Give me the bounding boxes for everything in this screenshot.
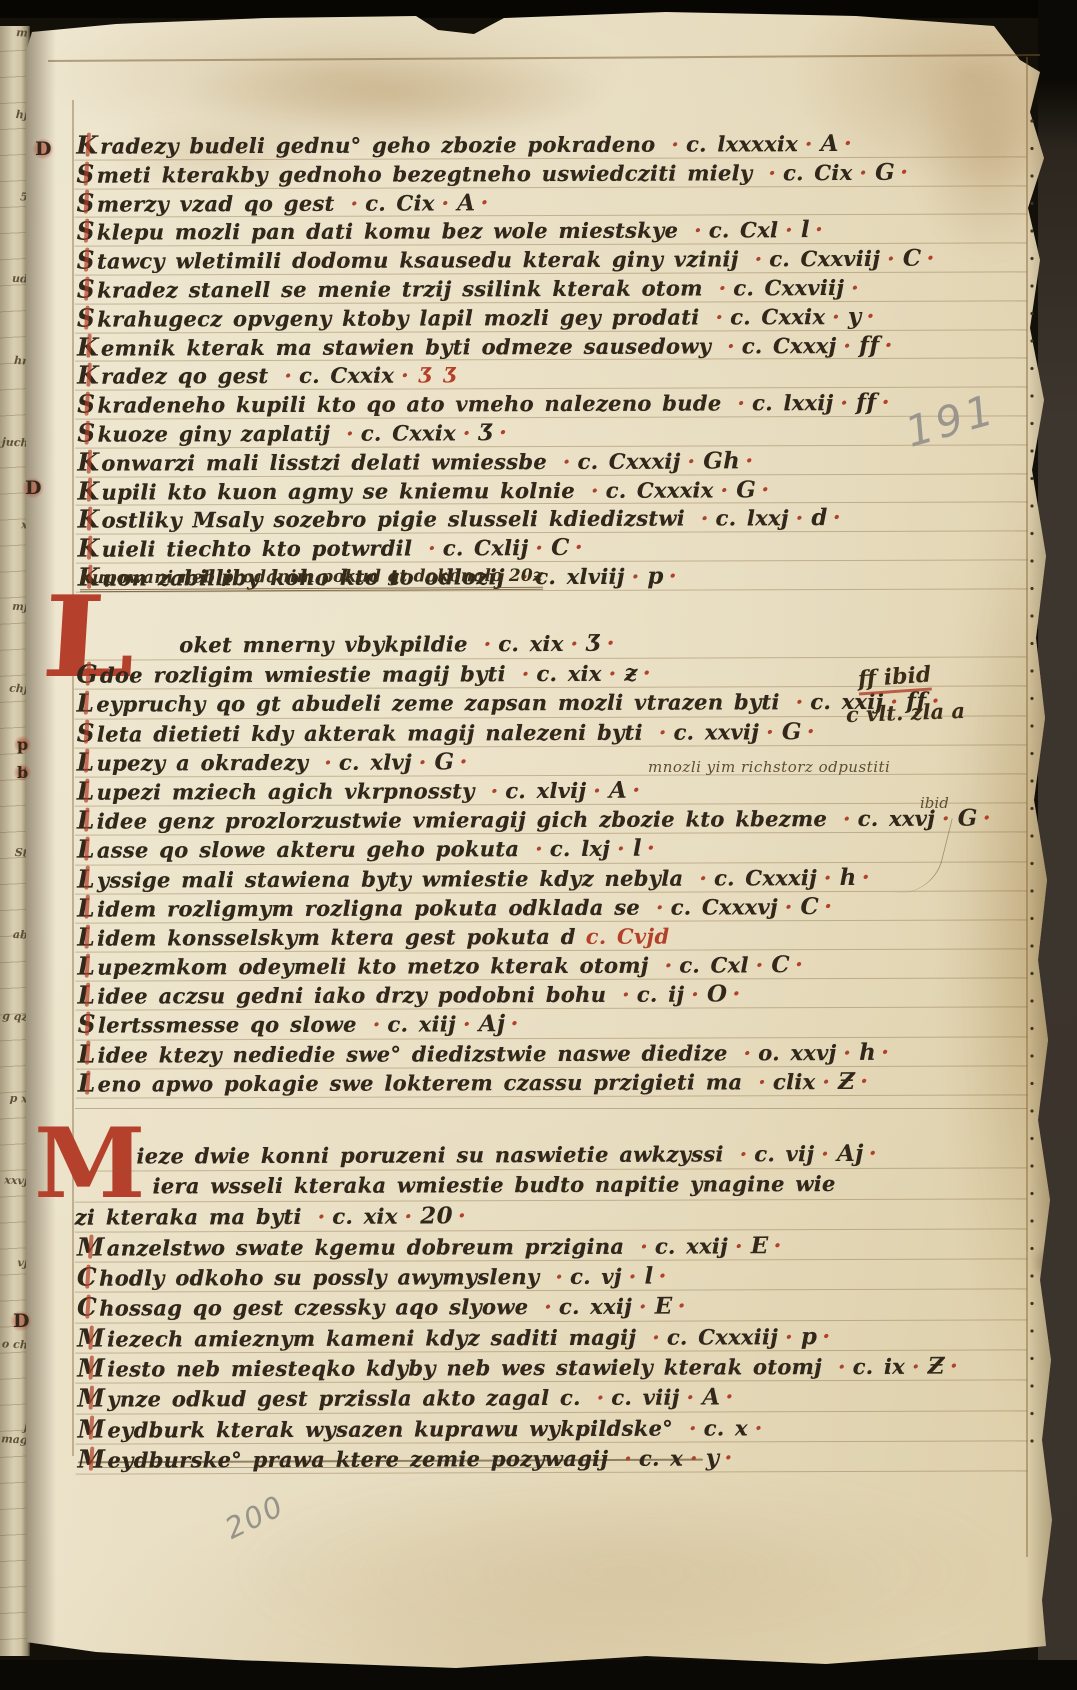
- chapter-reference: c. Cxxxvj: [656, 894, 793, 919]
- margin-note-vlt: c vlt. zla a: [846, 698, 966, 727]
- rubricated-initial: K: [76, 505, 102, 534]
- index-entry-line: Lupezmkom odeymeli kto metzo kterak otom…: [75, 949, 1027, 982]
- entry-text: oket mnerny vbykpildie: [179, 631, 468, 657]
- chapter-reference: c. lxxxxix: [671, 131, 812, 156]
- rubricated-initial: S: [75, 275, 97, 304]
- reference-letter: O: [707, 981, 741, 1008]
- index-section-l: oket mnerny vbykpildiec. xixƷ Gdoe rozli…: [74, 628, 1028, 1098]
- index-entry-line: Kradez qo gestc. CxxixƷ Ʒ: [75, 359, 1027, 391]
- index-entry-line: Stawcy wletimili dodomu ksausedu kterak …: [75, 244, 1027, 276]
- rubricated-initial: C: [75, 1293, 99, 1322]
- rubricated-initial: L: [75, 777, 97, 806]
- entry-text: ostliky Msaly sozebro pigie slusseli kdi…: [102, 506, 685, 533]
- manuscript-photo: mhj5udhrjuchxmjchjfStabg qzp xxxvjvjo ch…: [0, 0, 1077, 1690]
- chapter-reference: c. vj: [555, 1264, 636, 1289]
- index-entry-line: Leno apwo pokagie swe lokterem czassu pr…: [76, 1066, 1028, 1099]
- gutter-text-fragment: j mag: [0, 1419, 30, 1502]
- rubricated-initial: S: [76, 1010, 98, 1039]
- index-entry-line: Chodly odkoho su possly awymyslenyc. vjl: [75, 1260, 1027, 1294]
- entry-text: iera wsseli kteraka wmiestie budto napit…: [153, 1171, 836, 1198]
- reference-letter: C: [800, 893, 832, 920]
- index-entry-line: Lupezi mziech agich vkrpnosstyc. xlvijA: [75, 774, 1027, 807]
- rubricated-initial: L: [75, 747, 97, 776]
- reference-letter: 20: [420, 1202, 466, 1229]
- entry-text: meti kterakby gednoho bezegtneho uswiedc…: [97, 160, 753, 187]
- reference-letter: y: [848, 303, 875, 330]
- entry-text: doe rozligim wmiestie magij byti: [100, 661, 506, 687]
- rubricated-initial: L: [76, 1068, 98, 1097]
- rubricated-initial: L: [75, 835, 97, 864]
- chapter-reference: c. lxxij: [737, 390, 848, 415]
- rubricated-initial: L: [75, 864, 97, 893]
- rubricated-initial: L: [75, 893, 97, 922]
- rubricated-initial: K: [75, 447, 101, 476]
- index-entry-line: Meydburske° prawa ktere zemie pozywagijc…: [75, 1441, 1027, 1475]
- index-entry-line: Lidee aczsu gedni iako drzy podobni bohu…: [75, 979, 1027, 1012]
- reference-letter: y: [706, 1444, 733, 1471]
- entry-text: zi kteraka ma byti: [75, 1203, 302, 1229]
- index-entry-line: Miezech amieznym kameni kdyz saditi magi…: [75, 1320, 1027, 1354]
- reference-letter: E: [751, 1232, 782, 1259]
- rubricated-initial: L: [74, 689, 96, 718]
- index-entry-line: Mynze odkud gest przissla akto zagal c.c…: [75, 1381, 1027, 1415]
- chapter-reference: c. Cxxxiij: [652, 1324, 793, 1349]
- gutter-text-fragment: xxvj: [0, 1173, 30, 1256]
- rubricated-initial: M: [75, 1323, 107, 1352]
- chapter-reference: c. vij: [740, 1141, 829, 1166]
- entry-text: idem rozligmym rozligna pokuta odklada s…: [97, 894, 640, 921]
- reference-letter: Gh: [703, 447, 753, 474]
- index-entry-line: Manzelstwo swate kgemu dobreum prziginac…: [75, 1229, 1027, 1263]
- chapter-reference: c. xlvj: [324, 749, 426, 774]
- chapter-reference: c. Cxxix: [284, 363, 408, 388]
- gutter-text-fragment: hr: [0, 353, 30, 436]
- reference-letter: G: [782, 718, 815, 745]
- rubricated-initial: S: [74, 188, 96, 217]
- chapter-reference: c. xxij: [544, 1294, 646, 1319]
- chapter-reference: c. lxj: [535, 836, 625, 861]
- entry-text: ieze dwie konni poruzeni su naswietie aw…: [136, 1141, 723, 1168]
- reference-letter: Ʒ: [586, 630, 615, 657]
- reference-letter: G: [958, 805, 991, 832]
- entry-text: yssige mali stawiena byty wmiestie kdyz …: [97, 865, 684, 892]
- reference-letter: Ƶ: [928, 1353, 959, 1380]
- reference-letter: C: [551, 534, 583, 561]
- gutter-text-fragment: p x: [0, 1091, 30, 1174]
- chapter-reference: c. Cix: [351, 190, 450, 215]
- index-entry-line: Lasse qo slowe akteru geho pokutac. lxjl: [75, 833, 1027, 866]
- entry-text: upezmkom odeymeli kto metzo kterak otomj: [97, 953, 649, 980]
- index-entry-line: Skradeneho kupili kto qo ato vmeho nalez…: [75, 388, 1027, 420]
- margin-note-ibid: ibid: [920, 794, 949, 812]
- entry-text: eno apwo pokagie swe lokterem czassu prz…: [98, 1069, 743, 1096]
- index-entry-line: Skuoze giny zaplatijc. CxxixƷ: [75, 416, 1027, 448]
- red-reference-mark: c. Cvjd: [586, 923, 670, 948]
- reference-letter: p: [647, 563, 677, 590]
- chapter-reference: c. x: [689, 1415, 762, 1440]
- entry-text: idee genz prozlorzustwie vmieragij gich …: [97, 806, 827, 834]
- entry-text: tawcy wletimili dodomu ksausedu kterak g…: [97, 247, 739, 274]
- interline-note: kupowani neb prodanim pokud gt dokonalo …: [80, 566, 543, 592]
- chapter-reference: c. viij: [597, 1385, 695, 1410]
- entry-text: hodly odkoho su possly awymysleny: [99, 1264, 539, 1291]
- gutter-text-fragment: o ch: [0, 1337, 30, 1420]
- rubricated-initial: S: [75, 303, 97, 332]
- left-margin-ruling-line: [72, 100, 74, 1456]
- rubricated-initial: S: [75, 246, 97, 275]
- gutter-previous-page-edge: mhj5udhrjuchxmjchjfStabg qzp xxxvjvjo ch…: [0, 26, 30, 1656]
- reference-letter: ƶ: [624, 660, 651, 687]
- gutter-text-fragment: St: [0, 845, 30, 928]
- entry-text: uieli tiechto kto potwrdil: [102, 536, 413, 562]
- index-entry-line: Lidee ktezy nediedie swe° diedizstwie na…: [76, 1037, 1028, 1070]
- entry-text: asse qo slowe akteru geho pokuta: [97, 836, 519, 862]
- section-gap-ruling-line: [75, 1108, 1027, 1109]
- entry-text: upezi mziech agich vkrpnossty: [97, 778, 475, 804]
- rubricated-initial: K: [75, 476, 101, 505]
- rubricated-initial: M: [75, 1445, 107, 1474]
- chapter-reference: c. Cxxviij: [755, 246, 895, 271]
- reference-letter: A: [457, 189, 489, 216]
- chapter-reference: clix: [758, 1069, 830, 1094]
- chapter-reference: c. xxvij: [659, 719, 774, 744]
- pricking-holes: [1030, 118, 1035, 1458]
- index-entry-line: Kostliky Msaly sozebro pigie slusseli kd…: [76, 503, 1028, 535]
- entry-text: eydburske° prawa ktere zemie pozywagij: [107, 1446, 608, 1473]
- gutter-text-fragment: m: [0, 26, 30, 109]
- index-entry-line: Kupili kto kuon agmy se kniemu kolniec. …: [75, 474, 1027, 506]
- photo-background-bottom: [0, 1660, 1077, 1690]
- index-entry-line: Lidem rozligmym rozligna pokuta odklada …: [75, 891, 1027, 924]
- entry-text: kradez stanell se menie trzij ssilink kt…: [97, 275, 703, 302]
- rubricated-initial: L: [75, 981, 97, 1010]
- rubricated-initial: L: [75, 806, 97, 835]
- entry-text: lertssmesse qo slowe: [98, 1012, 357, 1038]
- index-entry-line: Meydburk kterak wysazen kuprawu wykpilds…: [75, 1411, 1027, 1445]
- gutter-text-fragment: ud: [0, 271, 30, 354]
- reference-letter: ff: [856, 389, 890, 416]
- reference-letter: l: [633, 835, 655, 862]
- reference-letter: G: [875, 159, 908, 186]
- rubricated-initial: K: [76, 534, 102, 563]
- gutter-text-fragment: mj: [0, 599, 30, 682]
- chapter-reference: c. Cxxix: [346, 420, 470, 445]
- index-entry-line: Lidee genz prozlorzustwie vmieragij gich…: [75, 803, 1027, 836]
- index-entry-line: Slertssmesse qo slowec. xiijAj: [76, 1008, 1028, 1041]
- rubricated-initial: M: [75, 1354, 107, 1383]
- index-entry-line: Sklepu mozli pan dati komu bez wole mies…: [75, 215, 1027, 247]
- chapter-reference: c. Cxxxj: [727, 333, 851, 358]
- entry-text: upezy a okradezy: [96, 750, 308, 776]
- entry-text: leta dietieti kdy akterak magij nalezeni…: [97, 719, 643, 746]
- rubricated-initial: S: [74, 217, 96, 246]
- index-entry-line: Smeti kterakby gednoho bezegtneho uswied…: [74, 157, 1026, 189]
- entry-text: krahugecz opvgeny ktoby lapil mozli gey …: [97, 304, 699, 331]
- chapter-reference: c. xiij: [373, 1012, 471, 1037]
- rubricated-initial: M: [75, 1384, 107, 1413]
- entry-text: eydburk kterak wysazen kuprawu wykpildsk…: [107, 1415, 673, 1442]
- parchment-stain: [176, 48, 606, 138]
- index-entry-line: zi kteraka ma bytic. xix20: [75, 1199, 1027, 1233]
- reference-letter: A: [609, 777, 641, 804]
- chapter-reference: c. Cxl: [665, 952, 764, 977]
- rubricated-initial: L: [76, 1039, 98, 1068]
- entry-text: iezech amieznym kameni kdyz saditi magij: [107, 1324, 636, 1351]
- chapter-reference: c. xxij: [640, 1233, 742, 1258]
- chapter-reference: c. xix: [318, 1203, 413, 1228]
- rubricated-initial: M: [75, 1414, 107, 1443]
- margin-note-ibid-struck: ff ibid: [857, 661, 932, 695]
- gutter-text-fragment: ab: [0, 927, 30, 1010]
- red-reference-mark: Ʒ Ʒ: [419, 363, 458, 388]
- rubricated-initial: L: [75, 952, 97, 981]
- chapter-reference: c. xix: [522, 661, 617, 686]
- rubricated-initial: S: [75, 390, 97, 419]
- entry-text: kradeneho kupili kto qo ato vmeho naleze…: [97, 391, 721, 418]
- reference-letter: Aj: [479, 1011, 519, 1038]
- reference-letter: G: [736, 476, 769, 503]
- reference-letter: h: [840, 863, 870, 890]
- entry-text: onwarzi mali lisstzi delati wmiessbe: [101, 449, 547, 476]
- reference-letter: Aj: [837, 1140, 877, 1167]
- entry-text: idee aczsu gedni iako drzy podobni bohu: [97, 982, 606, 1009]
- entry-text: emnik kterak ma stawien byti odmeze saus…: [101, 333, 711, 360]
- index-entry-line: iera wsseli kteraka wmiestie budto napit…: [75, 1169, 1027, 1203]
- chapter-reference: c. Cxxxij: [563, 448, 695, 473]
- photo-background-top: [0, 0, 1077, 18]
- entry-text: merzy vzad qo gest: [97, 190, 335, 216]
- rubricated-initial: C: [75, 1263, 99, 1292]
- reference-letter: Ƶ: [838, 1068, 869, 1095]
- rubricated-initial: K: [75, 332, 101, 361]
- entry-text: iesto neb miesteqko kdyby neb wes stawie…: [107, 1354, 822, 1381]
- index-section-k: Kradezy budeli gednu° geho zbozie pokrad…: [74, 128, 1028, 592]
- chapter-reference: c. ix: [838, 1354, 920, 1379]
- chapter-reference: c. lxxj: [701, 505, 803, 530]
- entry-text: radez qo gest: [101, 363, 269, 389]
- index-entry-line: Kemnik kterak ma stawien byti odmeze sau…: [75, 330, 1027, 362]
- reference-letter: p: [801, 1323, 831, 1350]
- gutter-text-fragment: hj: [0, 107, 30, 190]
- index-entry-line: Kradezy budeli gednu° geho zbozie pokrad…: [74, 128, 1026, 160]
- index-entry-line: Konwarzi mali lisstzi delati wmiessbec. …: [75, 445, 1027, 477]
- gutter-text-fragment: 5: [0, 189, 30, 272]
- photo-background-right: [1038, 0, 1077, 1690]
- gutter-text-fragment: g qz: [0, 1009, 30, 1092]
- index-entry-line: Smerzy vzad qo gestc. CixA: [74, 186, 1026, 218]
- entry-text: hossag qo gest czessky aqo slyowe: [99, 1295, 528, 1321]
- chapter-reference: c. xlvij: [491, 778, 601, 803]
- reference-letter: A: [702, 1384, 734, 1411]
- entry-text: radezy budeli gednu° geho zbozie pokrade…: [100, 132, 655, 159]
- rubricated-initial: G: [74, 660, 100, 689]
- reference-letter: l: [644, 1263, 666, 1290]
- index-section-m: ieze dwie konni poruzeni su naswietie aw…: [74, 1138, 1027, 1475]
- reference-letter: Ʒ: [479, 419, 508, 446]
- index-entry-line: Chossag qo gest czessky aqo slyowec. xxi…: [75, 1290, 1027, 1324]
- chapter-reference: c. Cix: [768, 160, 867, 185]
- index-entry-line: Lidem konsselskym ktera gest pokuta dc. …: [75, 920, 1027, 953]
- index-entry-line: Kuieli tiechto kto potwrdilc. CxlijC: [76, 531, 1028, 563]
- reference-letter: h: [859, 1038, 889, 1065]
- chapter-reference: c. Cxl: [694, 218, 793, 243]
- index-entry-line: ieze dwie konni poruzeni su naswietie aw…: [74, 1138, 1026, 1172]
- rubricated-initial: K: [74, 131, 100, 160]
- chapter-reference: c. Cxlij: [428, 535, 543, 560]
- reference-letter: A: [821, 130, 853, 157]
- rubricated-initial: S: [74, 159, 96, 188]
- chapter-reference: o. xxvj: [744, 1040, 852, 1065]
- entry-text: klepu mozli pan dati komu bez wole miest…: [97, 218, 678, 245]
- rubricated-initial: L: [75, 922, 97, 951]
- index-entry-line: Skrahugecz opvgeny ktoby lapil mozli gey…: [75, 301, 1027, 333]
- entry-text: idee ktezy nediedie swe° diedizstwie nas…: [98, 1040, 728, 1067]
- chapter-reference: c. x: [624, 1445, 697, 1470]
- chapter-reference: c. ij: [622, 982, 699, 1007]
- reference-letter: G: [434, 748, 467, 775]
- entry-text: upili kto kuon agmy se kniemu kolnie: [101, 477, 575, 504]
- rubricated-initial: M: [75, 1232, 107, 1261]
- rubricated-initial: S: [75, 419, 97, 448]
- entry-text: anzelstwo swate kgemu dobreum przigina: [107, 1234, 625, 1261]
- rubricated-initial: S: [74, 718, 96, 747]
- reference-letter: C: [771, 951, 803, 978]
- chapter-reference: c. Cxxxix: [591, 477, 728, 502]
- reference-letter: E: [655, 1293, 686, 1320]
- reference-letter: d: [811, 504, 841, 531]
- parchment-stain: [246, 1478, 1006, 1668]
- rubricated-initial: K: [75, 361, 101, 390]
- chapter-reference: c. xix: [484, 631, 579, 656]
- entry-text: ynze odkud gest przissla akto zagal c.: [107, 1385, 581, 1412]
- margin-note-richter: mnozli yim richstorz odpustiti: [648, 758, 890, 776]
- entry-text: idem konsselskym ktera gest pokuta d: [97, 924, 576, 951]
- reference-letter: l: [801, 216, 823, 243]
- index-entry-line: Lyssige mali stawiena byty wmiestie kdyz…: [75, 862, 1027, 895]
- chapter-reference: c. Cxxxij: [699, 865, 831, 890]
- index-entry-line: oket mnerny vbykpildiec. xixƷ: [74, 628, 1026, 661]
- reference-letter: ff: [859, 331, 893, 358]
- index-entry-line: Miesto neb miesteqko kdyby neb wes stawi…: [75, 1350, 1027, 1384]
- reference-letter: C: [903, 245, 935, 272]
- entry-text: eypruchy qo gt abudeli zeme zapsan mozli…: [96, 690, 780, 717]
- gutter-text-fragment: x: [0, 517, 30, 600]
- chapter-reference: c. Cxxix: [716, 304, 840, 329]
- chapter-reference: c. Cxxviij: [719, 275, 859, 300]
- index-entry-line: Skradez stanell se menie trzij ssilink k…: [75, 272, 1027, 304]
- entry-text: kuoze giny zaplatij: [98, 421, 331, 447]
